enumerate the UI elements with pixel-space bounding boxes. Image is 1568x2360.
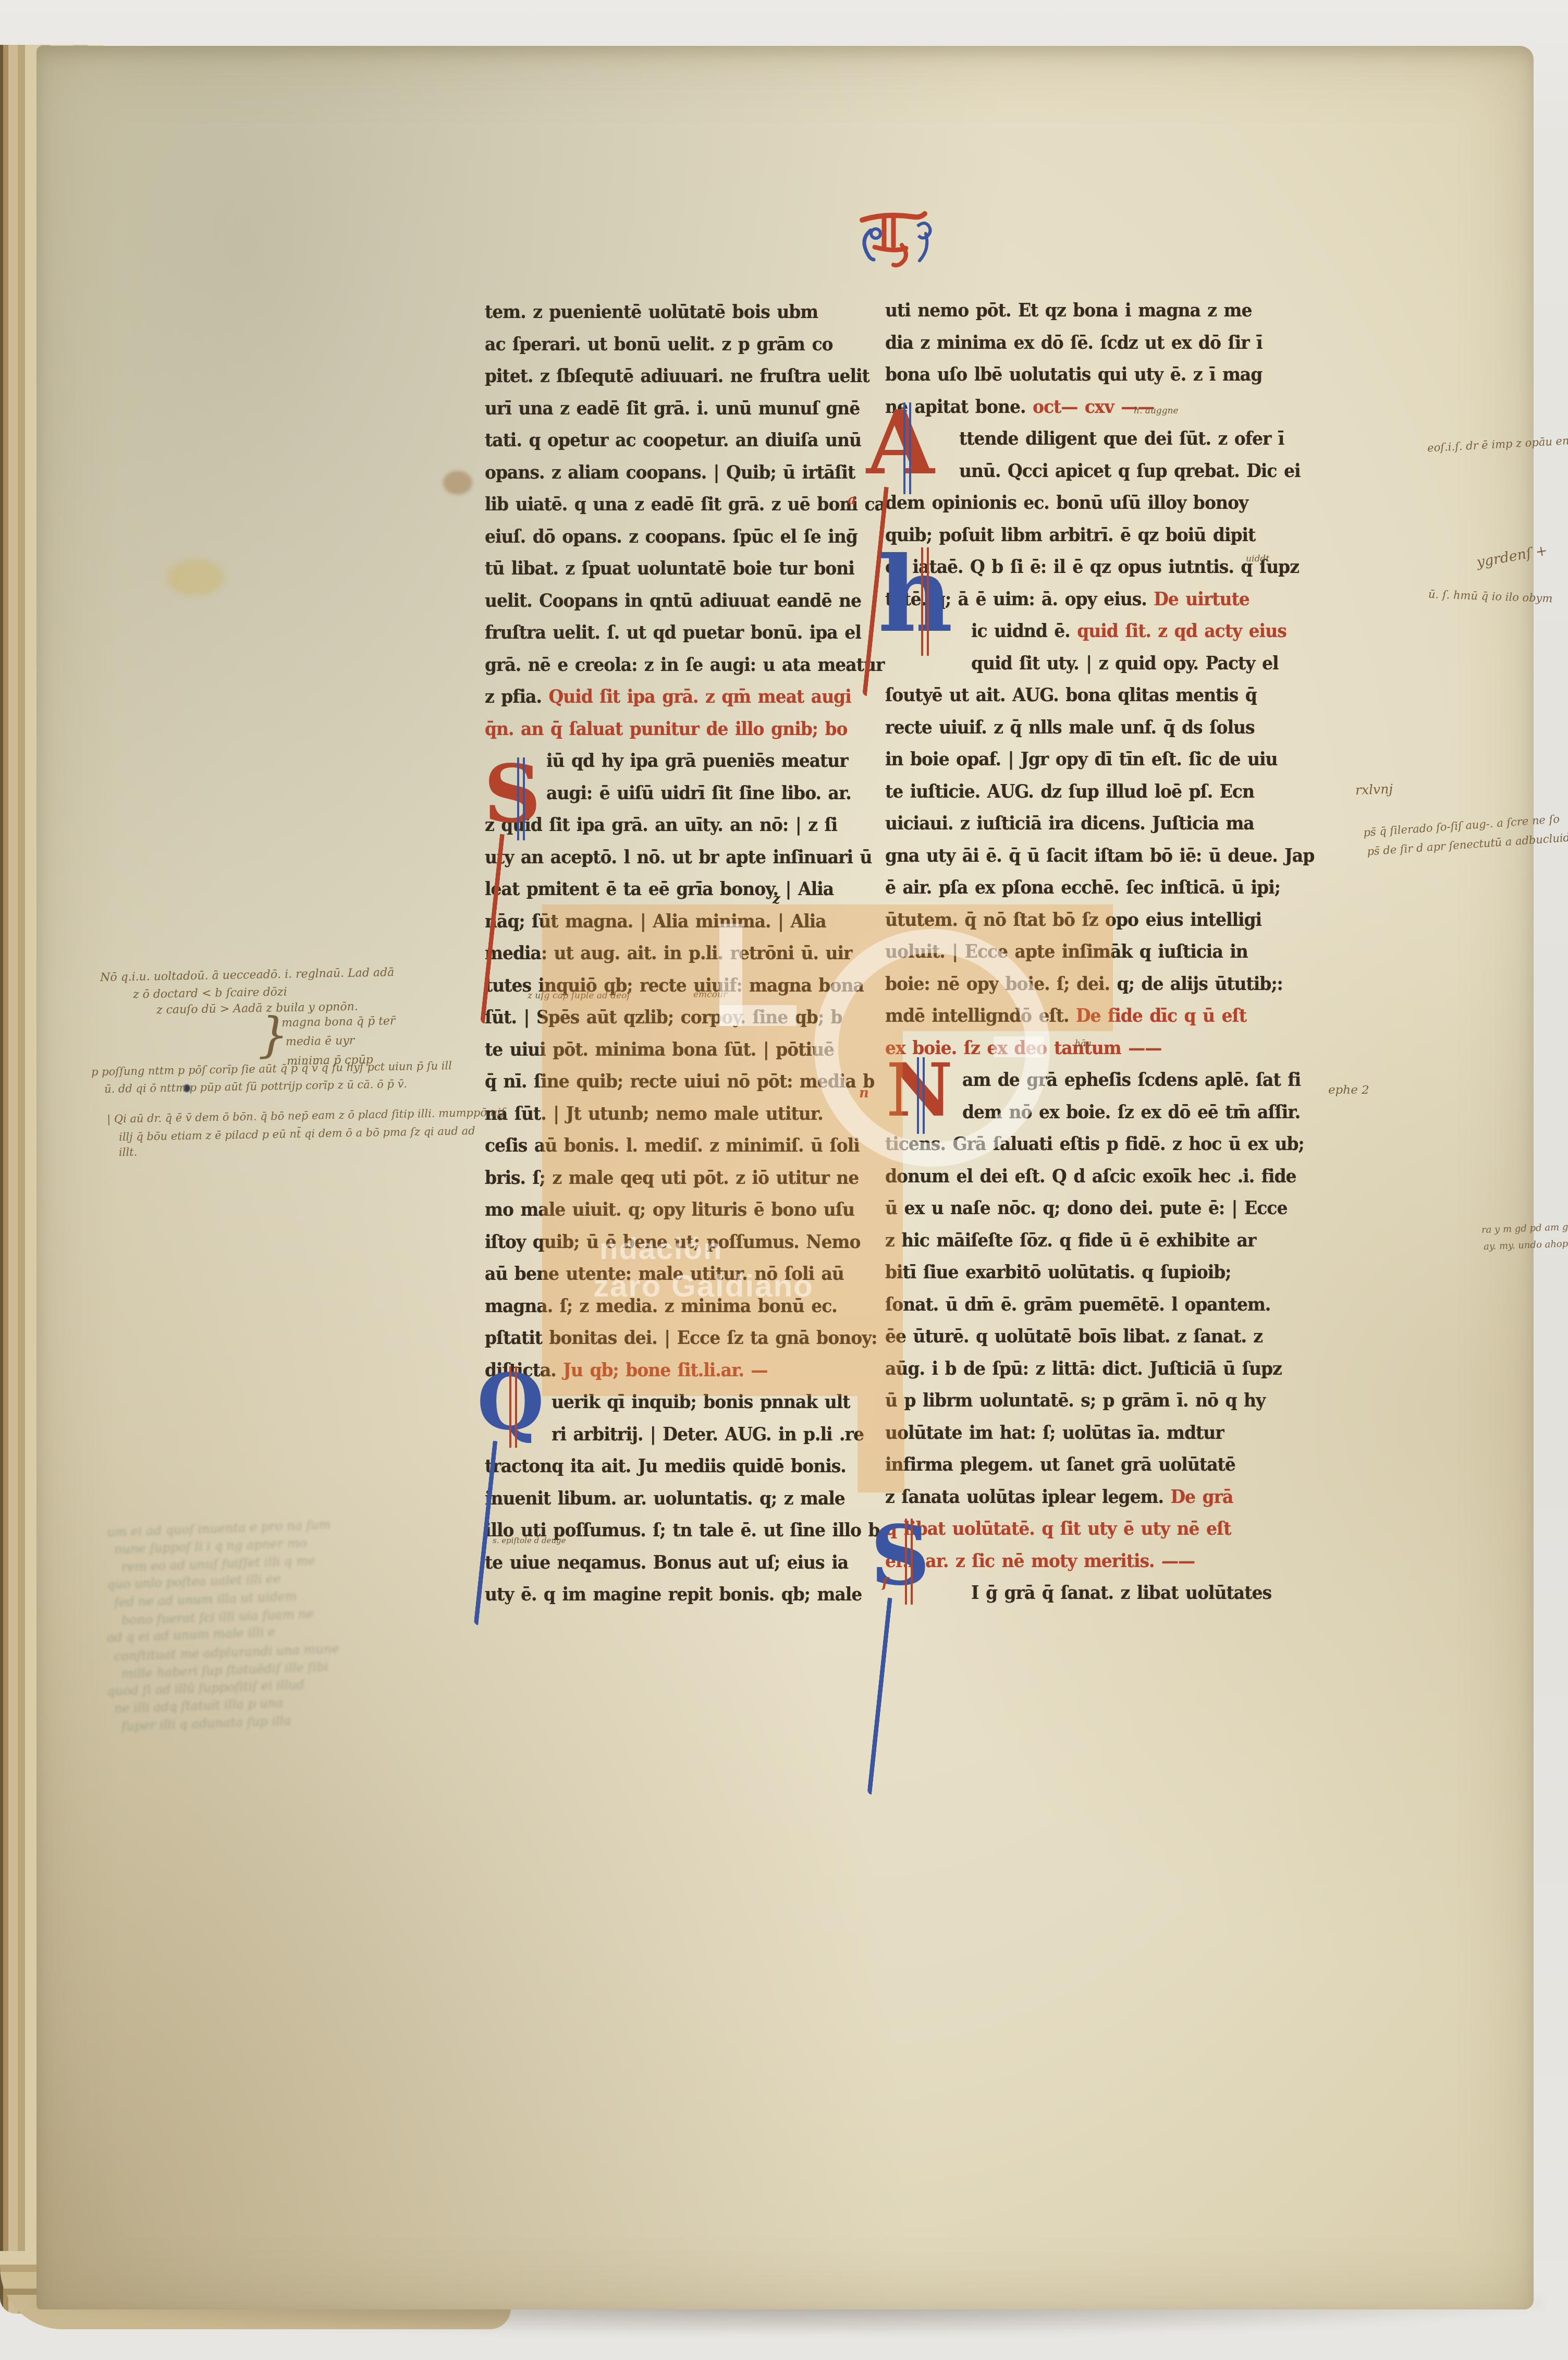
penwork-bar	[923, 1057, 925, 1134]
penwork-bar	[515, 1366, 517, 1447]
text-line: bona uſo lbē uolutatis qui uty ē. z ī ma…	[885, 362, 1262, 387]
text-line: quid ſit uty. | z quid opy. Pacty el	[971, 651, 1278, 676]
text-segment: donum el dei eſt. Q d aſcic exoīk hec .i…	[885, 1165, 1296, 1187]
text-line: mo male uiuit. q; opy lituris ē bono uſu	[485, 1197, 854, 1222]
illuminated-initial: A	[866, 408, 934, 478]
text-segment: infirma plegem. ut ſanet grā uolūtatē	[885, 1453, 1235, 1475]
illuminated-initial: S	[871, 1523, 930, 1589]
text-line: eiuſ. dō opans. z coopans. ſpūc el ſe in…	[485, 524, 857, 549]
text-segment: leat pmitent ē ta eē grīa bonoy. | Alia	[485, 878, 834, 899]
text-segment: De grā	[1170, 1486, 1233, 1507]
initial-letter: h	[878, 534, 953, 655]
text-segment: bitī ſiue exarbitō uolūtatis. q ſupioib;	[885, 1261, 1231, 1282]
margin-note: ephe 2	[1328, 1083, 1369, 1097]
text-segment: iſtoy quib; ū ē bene ut; poſſumus. Nemo	[485, 1231, 860, 1252]
text-segment: pitet. z ſbſequtē adiuuari. ne fruſtra u…	[485, 365, 869, 386]
text-segment: ſūt. | Spēs aūt qzlib; corpoy. ſine qb; …	[485, 1006, 842, 1028]
text-line: uelit. Coopans in qntū adiuuat eandē ne	[485, 589, 861, 613]
text-line: bitī ſiue exarbitō uolūtatis. q ſupioib;	[885, 1260, 1231, 1285]
penwork-bar	[509, 1366, 511, 1447]
interlinear-gloss: h. auggne	[1134, 406, 1179, 416]
text-segment: inuenit libum. ar. uoluntatis. q; z male	[485, 1487, 845, 1509]
text-segment: De fide dīc q ū eſt	[1076, 1005, 1246, 1026]
text-segment: mo male uiuit. q; opy lituris ē bono uſu	[485, 1199, 854, 1220]
text-segment: dem nō ex boie. ſz ex dō eē tm̄ aſſir.	[962, 1101, 1300, 1122]
initial-letter: A	[866, 391, 934, 494]
text-line: iſtoy quib; ū ē bene ut; poſſumus. Nemo	[485, 1230, 860, 1254]
parchment-stain-brown	[443, 471, 472, 495]
text-segment: ē air. pſa ex pſona ecchē. ſec inſticā. …	[885, 876, 1280, 898]
text-line: leat pmitent ē ta eē grīa bonoy. | Alia	[485, 877, 834, 901]
text-line: in boie opaf. | Jgr opy dī tīn eſt. ſic …	[885, 747, 1278, 772]
text-segment: tractonq ita ait. Ju mediis quidē bonis.	[485, 1455, 846, 1476]
text-line: recte uiuif. z q̄ nlls male unf. q̄ ds ſ…	[885, 715, 1255, 740]
text-line: uiciaui. z iuſticiā ira dicens. Juſticia…	[885, 811, 1254, 836]
text-segment: pſtatit bonitas dei. | Ecce ſz ta gnā bo…	[485, 1327, 877, 1348]
interlinear-gloss: hāy	[1075, 1038, 1091, 1049]
interlinear-gloss: s. epiſtole d deuge	[493, 1536, 566, 1545]
text-line: ūtutem. q̄ nō ſtat bō ſz opo eius intell…	[885, 908, 1261, 932]
text-segment: ēe ūturē. q uolūtatē boīs libat. z ſanat…	[885, 1325, 1263, 1347]
text-line: urī una z eadē ſit grā. i. unū munuſ gnē	[485, 396, 860, 421]
text-segment: aūg. i b de ſpū: z littā: dict. Juſticiā…	[885, 1358, 1282, 1379]
text-segment: tem. z puenientē uolūtatē bois ubm	[485, 301, 818, 322]
penwork-bar	[927, 547, 929, 656]
text-segment: quid ſit uty. | z quid opy. Pacty el	[971, 652, 1278, 674]
text-line: q̄ nī. ſine quib; recte uiui nō pōt: med…	[485, 1069, 874, 1094]
text-segment: ū p librm uoluntatē. s; p grām ī. nō q h…	[885, 1389, 1265, 1411]
text-segment: ū ex u naſe nōc. q; dono dei. pute ē: | …	[885, 1197, 1287, 1218]
text-segment: uiciaui. z iuſticiā ira dicens. Juſticia…	[885, 812, 1254, 834]
interlinear-gloss: uiddt	[1246, 554, 1269, 564]
text-line: uolūtate im hat: ſ; uolūtas īa. mdtur	[885, 1421, 1224, 1445]
text-line: ceſis aū bonis. l. mediſ. z minimiſ. ū ſ…	[485, 1133, 860, 1158]
text-segment: bona uſo lbē uolutatis qui uty ē. z ī ma…	[885, 363, 1262, 385]
parchment-stain-yellow	[167, 559, 224, 596]
photo-canvas: { "meta": {"subject": "medieval manuscri…	[0, 0, 1568, 2360]
text-segment: z hic māiſeſte ſōz. q fide ū ē exhibite …	[885, 1229, 1256, 1251]
initial-letter: S	[871, 1508, 930, 1604]
text-line: bris. ſ; z male qeq uti pōt. z iō utitur…	[485, 1166, 859, 1190]
text-line: boie: nē opy boie. ſ; dei. q; de alijs ū…	[885, 972, 1283, 996]
text-segment: te uiue neqamus. Bonus aut uſ; eius ia	[485, 1551, 848, 1573]
text-line: ū ex u naſe nōc. q; dono dei. pute ē: | …	[885, 1196, 1287, 1220]
text-line: unū. Qcci apicet q ſup qrebat. Dic ei	[959, 459, 1300, 483]
text-line: grā. nē e creola: z in ſe augi: u ata me…	[485, 653, 884, 677]
text-segment: q libat uolūtatē. q ſit uty ē uty nē eſt	[885, 1518, 1231, 1539]
initial-guide-letter: n	[859, 1085, 869, 1101]
text-segment: gna uty āi ē. q̄ ū ſacit iſtam bō iē: ū …	[885, 845, 1314, 866]
text-segment: De uirtute	[1154, 588, 1249, 609]
text-line: z hic māiſeſte ſōz. q fide ū ē exhibite …	[885, 1228, 1256, 1253]
margin-note: illt.	[119, 1146, 138, 1159]
text-segment: urī una z eadē ſit grā. i. unū munuſ gnē	[485, 397, 860, 419]
initial-guide-letter: z	[773, 891, 780, 907]
text-segment: tū libat. z ſpuat uoluntatē boie tur bon…	[485, 557, 854, 579]
text-line: z ſanata uolūtas iplear legem. De grā	[885, 1485, 1233, 1509]
text-segment: ticens. Grā ſaluati eſtis p fidē. z hoc …	[885, 1133, 1304, 1154]
text-segment: aū bene utente: male utitur. nō ſoli aū	[485, 1263, 844, 1284]
text-line: q̄n. an q̄ ſaluat punitur de illo gnib; …	[485, 717, 848, 741]
text-segment: lib uiatē. q una z eadē ſit grā. z uē bo…	[485, 493, 885, 515]
text-segment: ceſis aū bonis. l. mediſ. z minimiſ. ū ſ…	[485, 1134, 860, 1156]
text-segment: dem opinionis ec. bonū uſū illoy bonoy	[885, 492, 1248, 513]
text-segment: recte uiuif. z q̄ nlls male unf. q̄ ds ſ…	[885, 716, 1255, 738]
text-segment: uerik qī inquib; bonis pnnak ult	[552, 1391, 850, 1412]
quire-mark-icon	[843, 209, 948, 271]
text-line: ſūt. | Spēs aūt qzlib; corpoy. ſine qb; …	[485, 1005, 842, 1030]
text-segment: er.h.ar. z ſic nē moty meritis. ——	[885, 1550, 1195, 1571]
text-segment: uoluit. | Ecce apte inſimāk q iuſticia i…	[885, 940, 1248, 962]
text-line: tū libat. z ſpuat uoluntatē boie tur bon…	[485, 556, 854, 581]
text-line: dia z minima ex dō ſē. ſcdz ut ex dō ſir…	[885, 331, 1263, 355]
penwork-bar	[911, 1519, 913, 1605]
text-line: inuenit libum. ar. uoluntatis. q; z male	[485, 1486, 845, 1511]
text-line: q libat uolūtatē. q ſit uty ē uty nē eſt	[885, 1517, 1231, 1541]
text-line: tractonq ita ait. Ju mediis quidē bonis.	[485, 1454, 846, 1478]
text-line: tati. q opetur ac coopetur. an diuiſa un…	[485, 428, 861, 453]
text-segment: mdē intelligndō eſt.	[885, 1005, 1076, 1026]
text-segment: am de grā epheſis ſcdens aplē. ſat fi	[962, 1069, 1301, 1090]
illuminated-initial: Q	[477, 1371, 544, 1433]
text-line: er.h.ar. z ſic nē moty meritis. ——	[885, 1549, 1195, 1573]
text-segment: boie: nē opy boie. ſ; dei. q; de alijs ū…	[885, 973, 1283, 994]
initial-letter: S	[484, 747, 541, 840]
penwork-bar	[909, 402, 911, 494]
text-line: te iuſticie. AUG. dz ſup illud loē pſ. E…	[885, 779, 1254, 804]
text-line: gna uty āi ē. q̄ ū ſacit iſtam bō iē: ū …	[885, 843, 1314, 868]
text-line: am de grā epheſis ſcdens aplē. ſat fi	[962, 1068, 1301, 1092]
penwork-bar	[523, 757, 525, 841]
text-line: uty ē. q im magine repit bonis. qb; male	[485, 1582, 862, 1607]
text-line: ēe ūturē. q uolūtatē boīs libat. z ſanat…	[885, 1324, 1263, 1349]
initial-guide-letter: ſ	[882, 1575, 888, 1591]
text-segment: dia z minima ex dō ſē. ſcdz ut ex dō ſir…	[885, 332, 1263, 353]
text-segment: ſonat. ū dm̄ ē. grām puemētē. l opantem.	[885, 1293, 1270, 1315]
text-segment: uty ē. q im magine repit bonis. qb; male	[485, 1583, 862, 1605]
penwork-bar	[917, 1057, 919, 1134]
text-segment: iū qd hy ipa grā pueniēs meatur	[546, 750, 848, 771]
text-segment: na ſūt. | Jt utunb; nemo male utitur.	[485, 1103, 823, 1124]
text-line: ac ſperari. ut bonū uelit. z p grām co	[485, 332, 833, 357]
text-segment: augi: ē uiſū uidrī ſit ſine libo. ar.	[546, 782, 851, 803]
penwork-bar	[905, 1519, 907, 1605]
text-line: uti nemo pōt. Et qz bona i magna z me	[885, 298, 1252, 323]
initial-letter: N	[886, 1048, 953, 1133]
text-segment: grā. nē e creola: z in ſe augi: u ata me…	[485, 654, 884, 675]
text-segment: uti nemo pōt. Et qz bona i magna z me	[885, 299, 1252, 321]
text-segment: unū. Qcci apicet q ſup qrebat. Dic ei	[959, 460, 1300, 481]
text-line: iū qd hy ipa grā pueniēs meatur	[546, 749, 848, 773]
text-segment: Ju qb; bone ſit.li.ar. —	[563, 1359, 767, 1380]
text-segment: z pfia.	[485, 686, 548, 707]
text-line: augi: ē uiſū uidrī ſit ſine libo. ar.	[546, 781, 851, 805]
text-segment: nāq; ſūt magna. | Alia minima. | Alia	[485, 910, 826, 932]
penwork-bar	[903, 402, 905, 494]
text-line: ē air. pſa ex pſona ecchē. ſec inſticā. …	[885, 875, 1280, 900]
penwork-bar	[921, 547, 923, 656]
text-line: I ḡ grā q̄ ſanat. z libat uolūtates	[971, 1581, 1271, 1605]
text-line: fruſtra uelit. ſ. ut qd puetar bonū. ipa…	[485, 620, 861, 645]
illuminated-initial: N	[886, 1061, 953, 1120]
interlinear-gloss: z uſg cap ſuple ad deoſ	[528, 991, 630, 1001]
text-segment: fruſtra uelit. ſ. ut qd puetar bonū. ipa…	[485, 621, 861, 643]
text-line: ttende diligent que dei ſūt. z ofer ī	[959, 426, 1284, 451]
text-line: dem opinionis ec. bonū uſū illoy bonoy	[885, 491, 1248, 515]
text-segment: eiuſ. dō opans. z coopans. ſpūc el ſe in…	[485, 525, 857, 547]
text-line: te uiue neqamus. Bonus aut uſ; eius ia	[485, 1550, 848, 1575]
text-segment: ſoutyē ut ait. AUG. bona qlitas mentis q…	[885, 684, 1257, 705]
text-line: te uiui pōt. minima bona ſūt. | pōtiuē	[485, 1037, 834, 1062]
text-segment: Quid ſit ipa grā. z qm̄ meat augi	[548, 686, 851, 707]
text-segment: ttende diligent que dei ſūt. z ofer ī	[959, 427, 1284, 449]
margin-note: z ō doctard < b ſcaire dōzi	[133, 985, 287, 1001]
text-segment: quid ſit. z qd acty eius	[1077, 620, 1286, 641]
text-line: donum el dei eſt. Q d aſcic exoīk hec .i…	[885, 1164, 1296, 1189]
margin-note: media ē uyr	[286, 1034, 355, 1048]
text-line: ſoutyē ut ait. AUG. bona qlitas mentis q…	[885, 683, 1257, 707]
text-segment: uelit. Coopans in qntū adiuuat eandē ne	[485, 590, 861, 611]
text-segment: bris. ſ; z male qeq uti pōt. z iō utitur…	[485, 1167, 859, 1188]
text-line: ic uidnd ē. quid ſit. z qd acty eius	[971, 619, 1287, 643]
text-segment: opans. z aliam coopans. | Quib; ū irtāſi…	[485, 461, 855, 483]
text-segment: tati. q opetur ac coopetur. an diuiſa un…	[485, 429, 861, 450]
text-line: infirma plegem. ut ſanet grā uolūtatē	[885, 1452, 1235, 1477]
text-line: magna. ſ; z media. z minima bonū ec.	[485, 1294, 837, 1318]
text-segment: q̄n. an q̄ ſaluat punitur de illo gnib; …	[485, 718, 848, 739]
text-segment: uty an aceptō. l nō. ut br apte inſinuar…	[485, 846, 872, 867]
text-line: uerik qī inquib; bonis pnnak ult	[552, 1390, 850, 1414]
text-line: ticens. Grā ſaluati eſtis p fidē. z hoc …	[885, 1132, 1304, 1156]
text-line: ri arbitrij. | Deter. AUG. in p.li .re	[552, 1422, 864, 1447]
text-line: uty an aceptō. l nō. ut br apte inſinuar…	[485, 845, 872, 870]
text-line: nāq; ſūt magna. | Alia minima. | Alia	[485, 909, 826, 934]
text-segment: te uiui pōt. minima bona ſūt. | pōtiuē	[485, 1038, 834, 1060]
text-segment: uolūtate im hat: ſ; uolūtas īa. mdtur	[885, 1422, 1224, 1443]
illuminated-initial: h	[878, 554, 953, 636]
text-line: mdē intelligndō eſt. De fide dīc q ū eſt	[885, 1004, 1246, 1028]
text-line: media: ut aug. ait. in p.li. retrōni ū. …	[485, 941, 852, 965]
text-line: lib uiatē. q una z eadē ſit grā. z uē bo…	[485, 492, 885, 517]
illuminated-initial: S	[484, 762, 541, 826]
text-segment: ac ſperari. ut bonū uelit. z p grām co	[485, 333, 833, 354]
text-segment: I ḡ grā q̄ ſanat. z libat uolūtates	[971, 1582, 1271, 1603]
text-segment: te iuſticie. AUG. dz ſup illud loē pſ. E…	[885, 780, 1254, 802]
text-line: dem nō ex boie. ſz ex dō eē tm̄ aſſir.	[962, 1100, 1300, 1124]
text-line: aūg. i b de ſpū: z littā: dict. Juſticiā…	[885, 1356, 1282, 1381]
text-line: tem. z puenientē uolūtatē bois ubm	[485, 300, 818, 324]
text-segment: ūtutem. q̄ nō ſtat bō ſz opo eius intell…	[885, 909, 1261, 930]
margin-note: rxlvnj	[1355, 781, 1393, 798]
interlinear-gloss: emcour	[693, 989, 727, 1000]
text-segment: media: ut aug. ait. in p.li. retrōni ū. …	[485, 942, 852, 963]
text-segment: in boie opaf. | Jgr opy dī tīn eſt. ſic …	[885, 748, 1278, 769]
text-line: uoluit. | Ecce apte inſimāk q iuſticia i…	[885, 939, 1248, 964]
text-line: pitet. z ſbſequtē adiuuari. ne fruſtra u…	[485, 364, 869, 388]
text-line: ſonat. ū dm̄ ē. grām puemētē. l opantem.	[885, 1292, 1270, 1317]
text-line: opans. z aliam coopans. | Quib; ū irtāſi…	[485, 460, 855, 485]
text-line: pſtatit bonitas dei. | Ecce ſz ta gnā bo…	[485, 1326, 877, 1350]
text-segment: q̄ nī. ſine quib; recte uiui nō pōt: med…	[485, 1070, 874, 1092]
text-segment: z ſanata uolūtas iplear legem.	[885, 1486, 1170, 1507]
text-line: ū p librm uoluntatē. s; p grām ī. nō q h…	[885, 1388, 1265, 1413]
text-line: na ſūt. | Jt utunb; nemo male utitur.	[485, 1102, 823, 1126]
text-segment: magna. ſ; z media. z minima bonū ec.	[485, 1295, 837, 1316]
margin-note: magna bona q̄ p̄ ter̄	[281, 1014, 396, 1030]
penwork-bar	[517, 757, 519, 841]
initial-guide-letter: a	[848, 492, 856, 508]
text-segment: ri arbitrij. | Deter. AUG. in p.li .re	[552, 1423, 864, 1445]
text-line: z pfia. Quid ſit ipa grā. z qm̄ meat aug…	[485, 684, 851, 709]
text-line: aū bene utente: male utitur. nō ſoli aū	[485, 1262, 844, 1286]
text-segment: ic uidnd ē.	[971, 620, 1077, 641]
